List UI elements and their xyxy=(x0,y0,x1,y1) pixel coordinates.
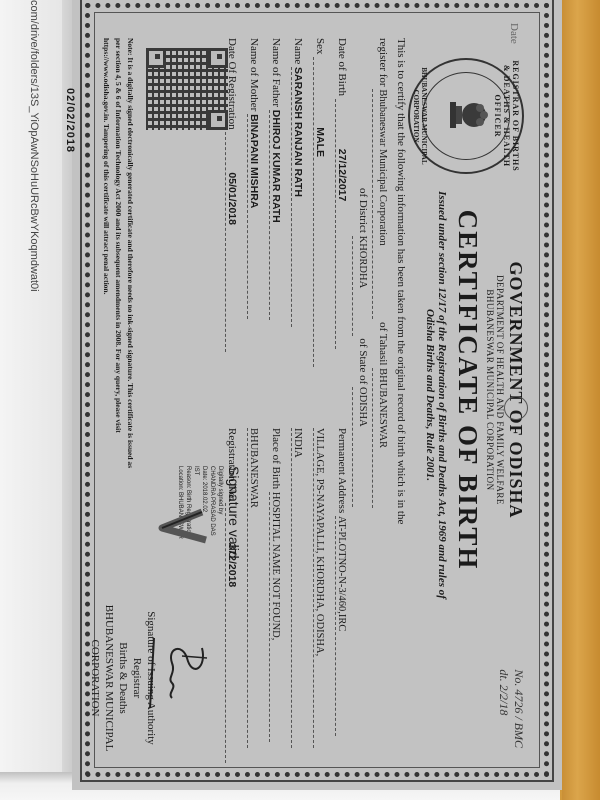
qr-code xyxy=(146,48,228,130)
register-for-value: Bhubaneswar Municipal Corporation xyxy=(372,89,391,319)
name-row: Name SARANSH RANJAN RATH xyxy=(291,38,304,327)
district-value: KHORDHA xyxy=(352,236,371,336)
certificate-header: GOVERNMENT OF ODISHA DEPARTMENT OF HEALT… xyxy=(424,28,526,752)
dob-row: Date of Birth 27/12/2017 xyxy=(335,38,348,349)
signature-valid-title: Signature valid xyxy=(226,466,242,636)
checkmark-icon xyxy=(152,506,212,546)
address-line1: AT-PLOTNO-N-3/460,IRC xyxy=(335,516,347,736)
corporation-name: BHUBANESWAR MUNICIPAL CORPORATION xyxy=(485,28,495,752)
place-of-birth-value: HOSPITAL NAME NOT FOUND, xyxy=(269,492,281,742)
certificate-title: CERTIFICATE OF BIRTH xyxy=(452,28,483,752)
issue-date: 02/02/2018 xyxy=(64,88,76,153)
issued-under-text: Issued under section 12/17 of the Regist… xyxy=(424,28,448,752)
odisha-logo-icon xyxy=(504,396,528,420)
mother-row: Name of Mother BINAPANI MISHRA xyxy=(247,38,260,319)
father-name-value: DHIROJ KUMAR RATH xyxy=(269,110,282,320)
background-url-text: com/drive/folders/13S_YiOpAwNSoHuURcBwYK… xyxy=(28,0,40,292)
address-line3: INDIA xyxy=(291,428,303,748)
wooden-table-surface xyxy=(562,0,600,800)
handwritten-note: No. 4726 / BMC dt. 2/2/18 xyxy=(496,669,526,748)
digital-signature-note: Note: It is a digitally signed electroni… xyxy=(100,38,136,478)
government-title: GOVERNMENT OF ODISHA xyxy=(505,28,526,752)
certificate-intro: This is to certify that the following in… xyxy=(352,38,410,742)
tahasil-value: BHUBANESWAR xyxy=(372,368,391,508)
department-name: DEPARTMENT OF HEALTH AND FAMILY WELFARE xyxy=(495,28,505,752)
state-value: ODISHA xyxy=(352,387,371,507)
digital-signature-block: Signature valid Digitally signed by CHAN… xyxy=(176,466,242,636)
place-of-birth-line2: BHUBANESWAR xyxy=(247,428,259,748)
address-row-3: INDIA xyxy=(291,428,304,748)
address-row: Permanent Address AT-PLOTNO-N-3/460,IRC xyxy=(335,428,348,736)
place-of-birth-row-2: BHUBANESWAR xyxy=(247,428,260,748)
address-line2: VILLAGE, PS-NAYAPALLI, KHORDHA, ODISHA, xyxy=(313,428,325,748)
dob-value: 27/12/2017 xyxy=(335,99,348,349)
address-row-2: VILLAGE, PS-NAYAPALLI, KHORDHA, ODISHA, xyxy=(313,428,326,748)
birth-certificate: Date REGISTRAR OF BIRTHS & DEATHS & HEAL… xyxy=(72,0,562,790)
father-row: Name of Father DHIROJ KUMAR RATH xyxy=(269,38,282,320)
place-of-birth-row: Place of Birth HOSPITAL NAME NOT FOUND, xyxy=(269,428,282,742)
sex-row: Sex MALE xyxy=(313,38,326,367)
issuing-authority: Signature of Issuing Authority Registrar… xyxy=(88,568,158,788)
child-name-value: SARANSH RANJAN RATH xyxy=(291,67,304,327)
sex-value: MALE xyxy=(313,57,326,367)
registration-date-value: 05/01/2018 xyxy=(225,132,238,352)
mother-name-value: BINAPANI MISHRA xyxy=(247,114,260,319)
